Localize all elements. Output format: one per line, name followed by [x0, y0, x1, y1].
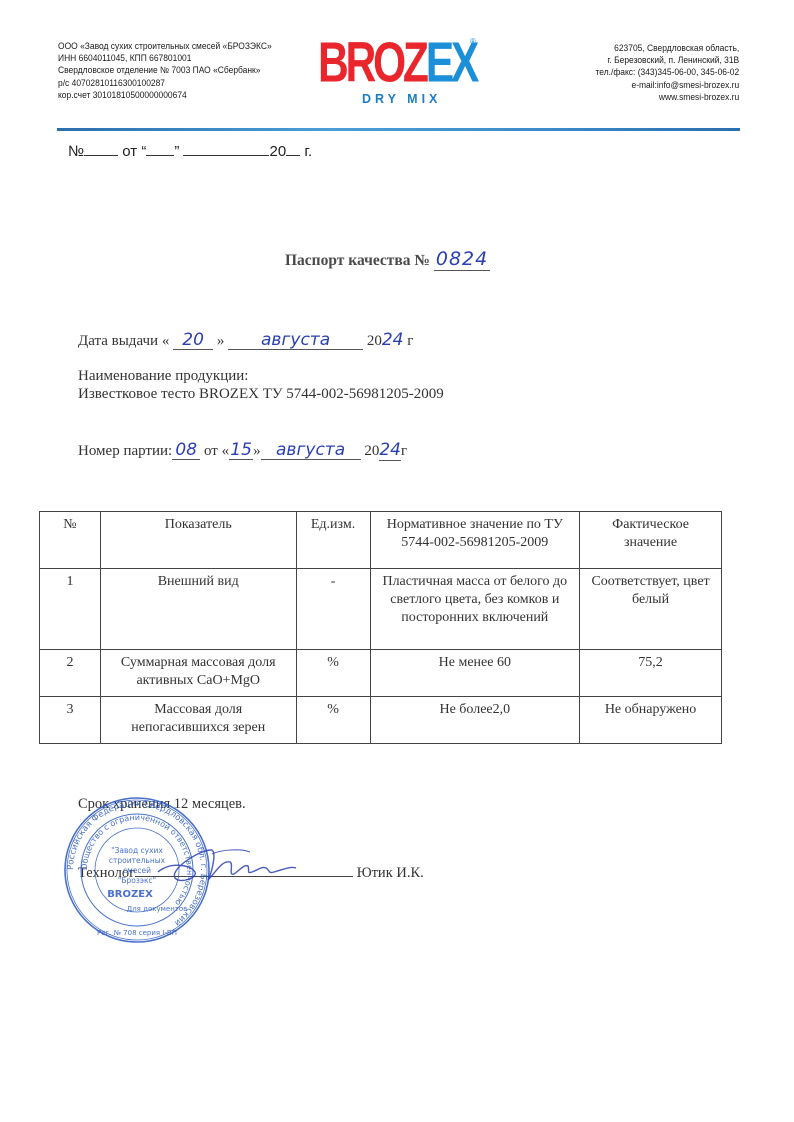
- company-requisites: ООО «Завод сухих строительных смесей «БР…: [58, 40, 272, 101]
- requisite-line: ООО «Завод сухих строительных смесей «БР…: [58, 40, 272, 52]
- svg-text:Для документов: Для документов: [127, 905, 188, 913]
- requisite-line: р/с 40702810116300100287: [58, 77, 272, 89]
- handwritten-signature-icon: [150, 842, 300, 892]
- requisite-line: кор.счет 30101810500000000674: [58, 89, 272, 101]
- logo-wordmark: BROZEX: [318, 33, 476, 93]
- header-unit: Ед.изм.: [296, 512, 370, 569]
- table-row: 1 Внешний вид - Пластичная масса от бело…: [40, 569, 722, 650]
- header-norm: Нормативное значение по ТУ 5744-002-5698…: [370, 512, 580, 569]
- batch-month-field: августа: [261, 442, 361, 460]
- page-title: Паспорт качества № 0824: [285, 248, 490, 270]
- website-line: www.smesi-brozex.ru: [595, 91, 739, 103]
- address-line: г. Березовский, п. Ленинский, 31В: [595, 54, 739, 66]
- batch-year: 24: [379, 440, 401, 461]
- batch-number-field: 08: [172, 442, 200, 460]
- company-address: 623705, Свердловская область, г. Березов…: [595, 42, 739, 103]
- day-blank: [146, 141, 174, 156]
- issue-date-line: Дата выдачи « 20 » августа 2024 г: [78, 330, 413, 350]
- issue-month-field: августа: [228, 332, 363, 350]
- address-line: тел./факс: (343)345-06-00, 345-06-02: [595, 66, 739, 78]
- passport-number: 0824: [434, 248, 490, 271]
- brozex-logo: BROZEX ® DRY MIX: [318, 33, 478, 105]
- requisite-line: Свердловское отделение № 7003 ПАО «Сберб…: [58, 64, 272, 76]
- header-divider: [57, 128, 740, 131]
- table-header-row: № Показатель Ед.изм. Нормативное значени…: [40, 512, 722, 569]
- outgoing-number-line: № от “” 20 г.: [68, 141, 312, 160]
- month-blank: [183, 141, 269, 156]
- logo-subtitle: DRY MIX: [362, 92, 441, 106]
- address-line: 623705, Свердловская область,: [595, 42, 739, 54]
- svg-text:Рег. № 708 серия I-ВП: Рег. № 708 серия I-ВП: [97, 929, 177, 937]
- number-blank: [84, 141, 118, 156]
- issue-year: 24: [382, 330, 404, 350]
- batch-day-field: 15: [229, 442, 253, 460]
- table-row: 2 Суммарная массовая доля активных CaO+M…: [40, 650, 722, 697]
- svg-text:смесей: смесей: [123, 866, 151, 875]
- header-actual: Фактическое значение: [580, 512, 722, 569]
- header-number: №: [40, 512, 101, 569]
- registered-mark: ®: [470, 37, 476, 46]
- product-name: Известковое тесто BROZEX ТУ 5744-002-569…: [78, 386, 444, 403]
- quality-table: № Показатель Ед.изм. Нормативное значени…: [39, 511, 722, 744]
- issue-day-field: 20: [173, 332, 213, 350]
- year-blank: [286, 141, 300, 156]
- header-indicator: Показатель: [100, 512, 296, 569]
- email-line: e-mail:info@smesi-brozex.ru: [595, 79, 739, 91]
- product-label: Наименование продукции:: [78, 368, 248, 385]
- batch-line: Номер партии:08 от «15»августа 2024г: [78, 440, 407, 460]
- requisite-line: ИНН 6604011045, КПП 667801001: [58, 52, 272, 64]
- table-row: 3 Массовая доля непогасившихся зерен % Н…: [40, 697, 722, 744]
- svg-text:BROZEX: BROZEX: [107, 889, 153, 900]
- signer-name: Ютик И.К.: [357, 865, 424, 881]
